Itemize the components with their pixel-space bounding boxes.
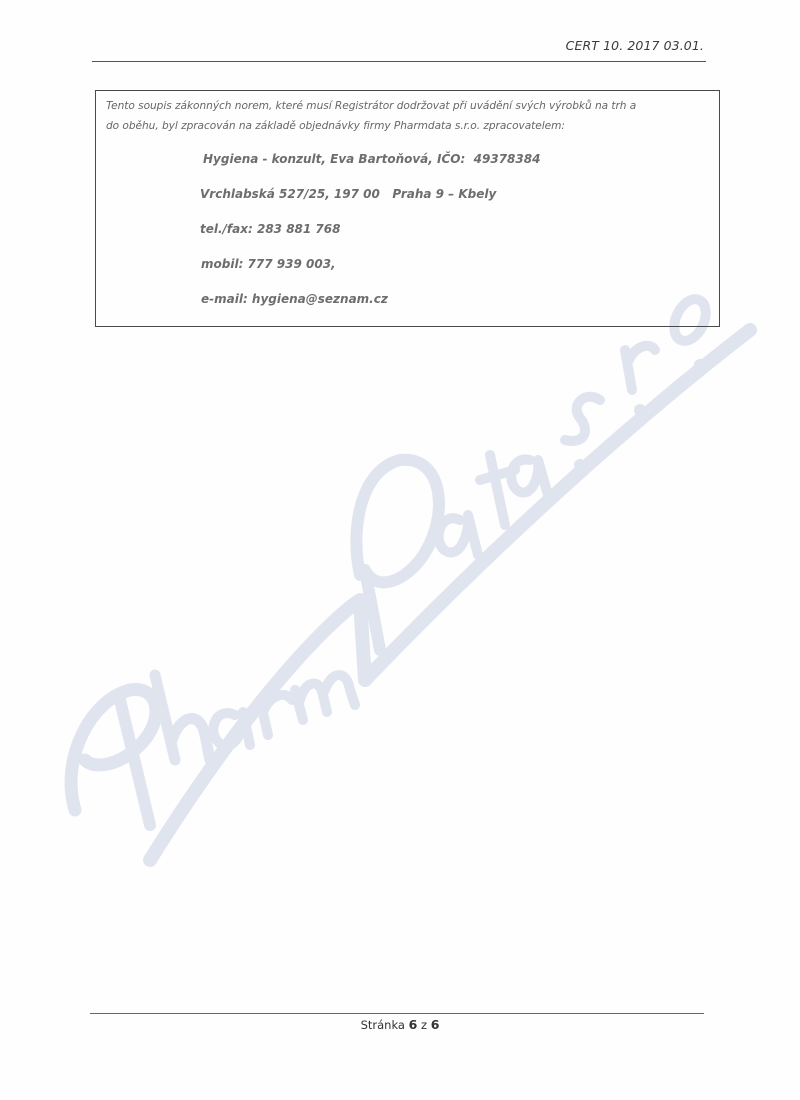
page-number: Stránka 6 z 6 xyxy=(0,1017,800,1032)
contact-email[interactable]: e-mail: hygiena@seznam.cz xyxy=(201,292,388,306)
intro-line-2: do oběhu, byl zpracován na základě objed… xyxy=(106,116,716,136)
contact-mobile: mobil: 777 939 003, xyxy=(201,257,336,271)
contact-name: Hygiena - konzult, Eva Bartoňová, IČO: 4… xyxy=(203,152,540,166)
intro-paragraph: Tento soupis zákonných norem, které musí… xyxy=(106,96,716,136)
page-label: Stránka xyxy=(361,1018,405,1032)
document-code: CERT 10. 2017 03.01. xyxy=(566,38,704,53)
contact-address: Vrchlabská 527/25, 197 00 Praha 9 – Kbel… xyxy=(200,187,496,201)
page-current: 6 xyxy=(409,1017,418,1032)
page-total: 6 xyxy=(431,1017,440,1032)
processor-info-box: Tento soupis zákonných norem, které musí… xyxy=(95,90,720,327)
document-page: CERT 10. 2017 03.01. Tento soupis zákonn… xyxy=(0,0,800,1100)
intro-line-1: Tento soupis zákonných norem, které musí… xyxy=(106,96,716,116)
header-divider xyxy=(92,61,706,62)
contact-tel-fax: tel./fax: 283 881 768 xyxy=(200,222,340,236)
footer-divider xyxy=(90,1013,704,1014)
page-separator: z xyxy=(421,1018,427,1032)
